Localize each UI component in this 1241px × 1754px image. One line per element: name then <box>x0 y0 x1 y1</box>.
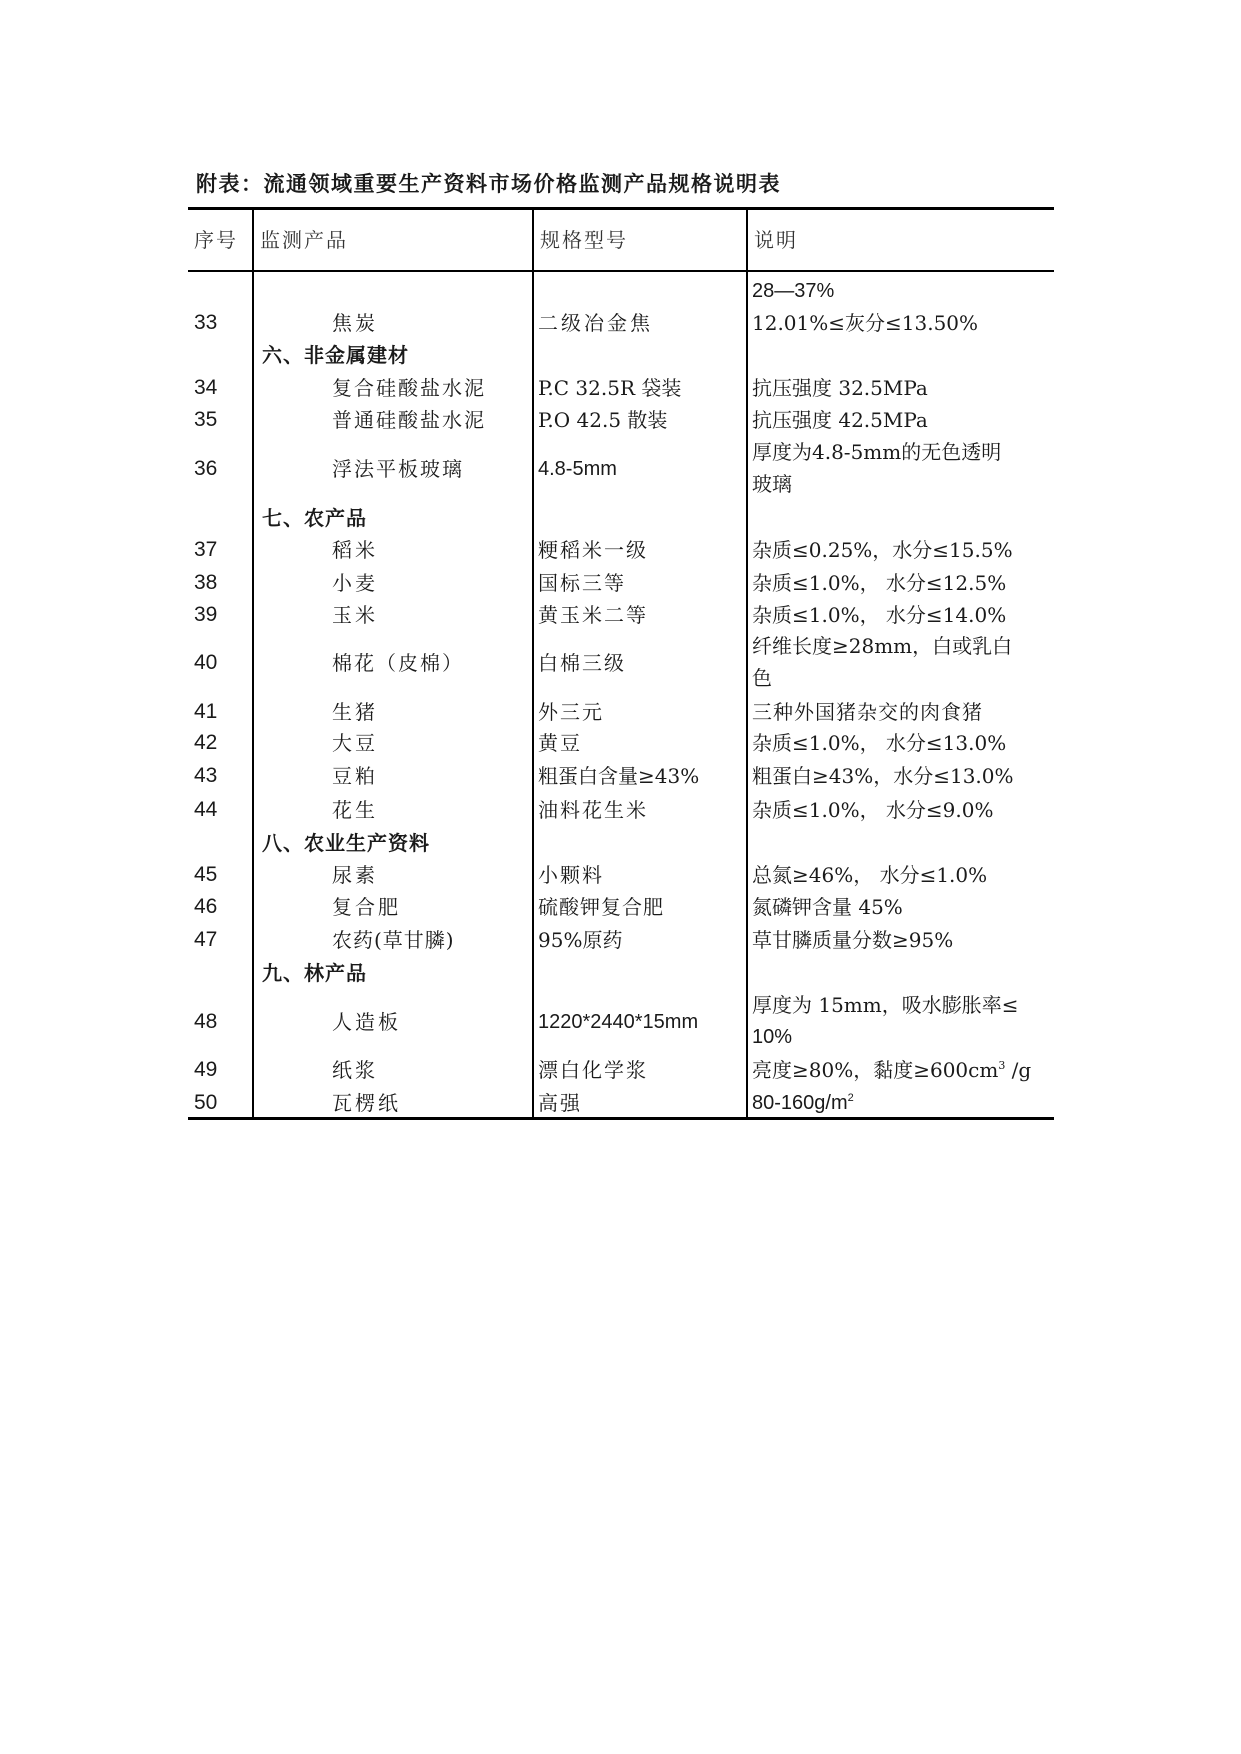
row-number: 38 <box>194 567 217 599</box>
section-header: 九、林产品 <box>262 957 367 989</box>
row-spec: 油料花生米 <box>538 794 648 826</box>
row-desc: 草甘膦质量分数≥95% <box>752 924 953 956</box>
row-desc: 厚度为4.8-5mm的无色透明 <box>752 436 1001 468</box>
column-divider-1 <box>252 207 254 1118</box>
section-header: 八、农业生产资料 <box>262 827 430 859</box>
section-header: 七、农产品 <box>262 502 367 534</box>
row-product: 大豆 <box>332 727 378 759</box>
row-spec: 外三元 <box>538 696 604 728</box>
row-spec: 95%原药 <box>538 924 622 956</box>
row-desc: 总氮≥46%， 水分≤1.0% <box>752 859 987 891</box>
row-product: 小麦 <box>332 567 378 599</box>
row-spec: 黄玉米二等 <box>538 599 648 631</box>
row-product: 花生 <box>332 794 378 826</box>
row-number: 40 <box>194 647 217 679</box>
row-desc: 纤维长度≥28mm，白或乳白 <box>752 630 1012 662</box>
row-desc: 12.01%≤灰分≤13.50% <box>752 307 978 339</box>
row-desc: 亮度≥80%，黏度≥600cm3 /g <box>752 1054 1031 1086</box>
column-divider-3 <box>746 207 748 1118</box>
row-desc-continued: 色 <box>752 662 772 694</box>
row-number: 43 <box>194 760 217 792</box>
row-number: 42 <box>194 727 217 759</box>
row-desc: 氮磷钾含量 45% <box>752 891 903 923</box>
column-divider-2 <box>532 207 534 1118</box>
row-product: 豆粕 <box>332 760 378 792</box>
section-header: 六、非金属建材 <box>262 339 409 371</box>
row-desc-text: 亮度≥80%，黏度≥600cm <box>752 1058 998 1082</box>
header-product: 监测产品 <box>260 224 348 256</box>
row-spec: 白棉三级 <box>538 647 626 679</box>
row-spec: P.C 32.5R 袋装 <box>538 372 681 404</box>
superscript: 2 <box>848 1092 854 1104</box>
row-number: 48 <box>194 1006 217 1038</box>
row-desc: 杂质≤1.0%， 水分≤9.0% <box>752 794 994 826</box>
row-product: 玉米 <box>332 599 378 631</box>
row-desc: 杂质≤1.0%， 水分≤12.5% <box>752 567 1006 599</box>
row-desc: 抗压强度 32.5MPa <box>752 372 928 404</box>
row-number: 46 <box>194 891 217 923</box>
row-spec: 小颗料 <box>538 859 604 891</box>
row-number: 50 <box>194 1087 217 1119</box>
row-desc: 80-160g/m2 <box>752 1087 854 1119</box>
row-number: 34 <box>194 372 217 404</box>
row-number: 45 <box>194 859 217 891</box>
row-spec: 4.8-5mm <box>538 453 617 485</box>
row-product: 稻米 <box>332 534 378 566</box>
row-product: 复合硅酸盐水泥 <box>332 372 486 404</box>
row-spec: 黄豆 <box>538 727 582 759</box>
row-desc-continued: 10% <box>752 1021 792 1053</box>
table-top-rule <box>188 207 1054 210</box>
row-desc: 杂质≤1.0%， 水分≤13.0% <box>752 727 1006 759</box>
row-spec: 高强 <box>538 1087 582 1119</box>
row-desc-text: 80-160g/m <box>752 1092 848 1114</box>
row-desc: 粗蛋白≥43%，水分≤13.0% <box>752 760 1014 792</box>
table-header-rule <box>188 270 1054 272</box>
row-product: 农药(草甘膦) <box>332 924 455 956</box>
row-desc-tail: /g <box>1005 1058 1031 1082</box>
row-number: 35 <box>194 404 217 436</box>
row-product: 浮法平板玻璃 <box>332 453 464 485</box>
row-number: 39 <box>194 599 217 631</box>
row-desc: 厚度为 15mm，吸水膨胀率≤ <box>752 989 1019 1021</box>
row-number: 44 <box>194 794 217 826</box>
row-number: 33 <box>194 307 217 339</box>
row-spec: 1220*2440*15mm <box>538 1006 698 1038</box>
row-spec: 二级冶金焦 <box>538 307 653 339</box>
row-number: 37 <box>194 534 217 566</box>
row-product: 人造板 <box>332 1006 401 1038</box>
row-desc: 杂质≤1.0%， 水分≤14.0% <box>752 599 1006 631</box>
row-desc: 杂质≤0.25%，水分≤15.5% <box>752 534 1013 566</box>
row-desc: 抗压强度 42.5MPa <box>752 404 928 436</box>
row-spec: 漂白化学浆 <box>538 1054 648 1086</box>
row-product: 焦炭 <box>332 307 378 339</box>
row-product: 瓦楞纸 <box>332 1087 401 1119</box>
row-number: 36 <box>194 453 217 485</box>
header-spec: 规格型号 <box>540 224 628 256</box>
row-product: 棉花（皮棉） <box>332 647 464 679</box>
row-spec: 粗蛋白含量≥43% <box>538 760 699 792</box>
row-number: 41 <box>194 696 217 728</box>
row-product: 复合肥 <box>332 891 401 923</box>
row-desc: 三种外国猪杂交的肉食猪 <box>752 696 983 728</box>
row-spec: 国标三等 <box>538 567 626 599</box>
row-number: 47 <box>194 924 217 956</box>
row-product: 普通硅酸盐水泥 <box>332 404 486 436</box>
row-product: 生猪 <box>332 696 378 728</box>
row-product: 尿素 <box>332 859 378 891</box>
header-desc: 说明 <box>754 224 798 256</box>
row-spec: 粳稻米一级 <box>538 534 648 566</box>
header-seq: 序号 <box>194 224 238 256</box>
carryover-desc: 28—37% <box>752 275 834 307</box>
table-bottom-rule <box>188 1117 1054 1120</box>
row-spec: 硫酸钾复合肥 <box>538 891 664 923</box>
row-desc-continued: 玻璃 <box>752 468 792 500</box>
document-title: 附表：流通领域重要生产资料市场价格监测产品规格说明表 <box>196 168 781 198</box>
row-product: 纸浆 <box>332 1054 378 1086</box>
row-number: 49 <box>194 1054 217 1086</box>
row-spec: P.O 42.5 散装 <box>538 404 667 436</box>
